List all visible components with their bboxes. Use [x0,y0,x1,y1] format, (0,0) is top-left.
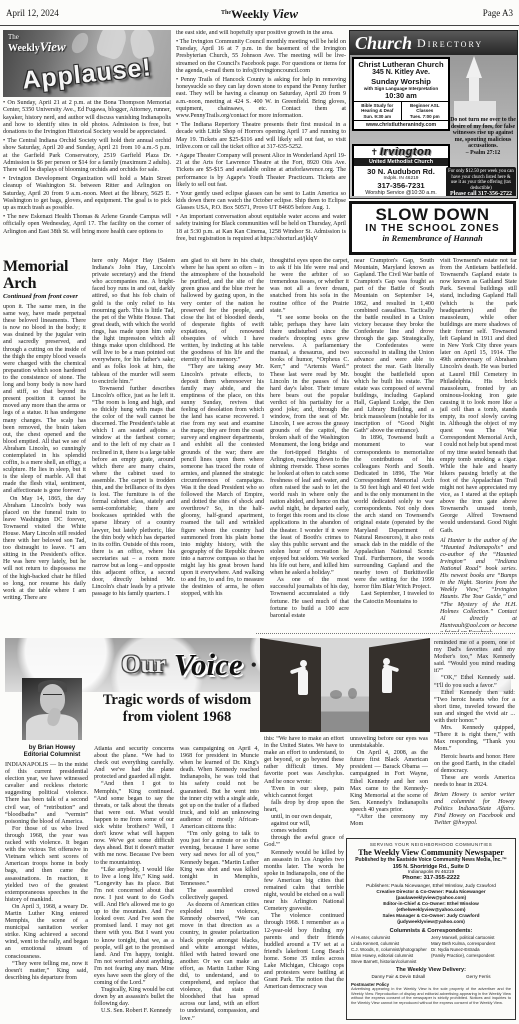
church-website: www.christlutheranindy.com [354,120,448,129]
voice-column: was campaigning on April 4, 1968 for pre… [180,746,259,1020]
author-bio: Brian Howey is senior writer and columni… [434,792,515,827]
masthead-weekly: Weekly [231,7,272,21]
paragraph: The violence continued through 1968. I r… [264,913,344,991]
page-number: Page A3 [483,8,513,18]
irvington-umc-header: ✝ Irvington [354,146,448,158]
policy-text: Advertising appearing in the Weekly View… [351,987,511,1006]
paragraph: • Agape Theater Company will present Ali… [176,153,346,189]
applause-items: • On Sunday, April 21 at 2 p.m. at the B… [3,100,171,257]
paragraph: • Penny Trails of Hancock County is aski… [176,77,346,121]
article-column: here only Major Hay (Salem Indiana's Joh… [92,258,175,632]
paragraph: • On Sunday, April 21 at 2 p.m. at the B… [3,100,171,136]
paragraph: INDIANAPOLIS — In the midst of this curr… [5,762,88,826]
memorial-panel [260,638,321,732]
paragraph: near Crampton's Gap, South Mountain, Mar… [354,258,434,435]
community-items: • The Irvington Community Council monthl… [176,39,346,244]
voice-section: Our Voice • Your Voice by Brian Howey Ed… [0,636,519,1024]
church-directory-subtitle: Directory [417,36,483,51]
paragraph: Last September, I traveled to the Catoct… [354,591,434,605]
footer-tagline: SERVING YOUR NEIGHBORHOOD COMMUNITIES [351,842,511,847]
paragraph: • Your gently used eclipse glasses can b… [176,191,346,213]
columnists-columns: Al Hunter, columnistLinda Kennett, colum… [351,935,511,965]
byline: by Brian Howey Editorial Columnist [2,744,102,759]
paragraph: In 1896, Townsend built a monument to wa… [354,435,434,591]
paragraph: Mrs. Kennedy quipped, “There it is right… [434,725,515,753]
applause-banner-image: The WeeklyView Applause! [3,30,171,97]
community-notes-column: the east side, and will hopefully spur p… [176,30,346,257]
publication-phone: Phone: 317-355-2222 [351,875,511,881]
article-column: near Crampton's Gap, South Mountain, Mar… [354,258,434,632]
paragraph: until, in our own despair, [264,814,344,821]
ad-dedication: in Remembrance of Hannah [352,234,513,243]
church-address: 30 N. Audubon Rd. [354,167,448,176]
paragraph: this: “We have to make an effort in the … [264,736,344,786]
banner-our: Our [121,651,165,679]
author-bio: Al Hunter is the author of the “Haunted … [440,538,517,632]
paragraph: 'Even in our sleep, pain which cannot fo… [264,786,344,800]
staff-list: Creative Director & Co-Owner: Paula Nice… [351,889,511,925]
column-text: visit Townsend's estate not far from the… [440,258,517,535]
paragraph: On April 4, 2008, as the future first Bl… [350,750,428,814]
columnists-right: Jerry Mansell, political cartoonistMary … [431,935,511,965]
paragraph: Tragically, King would be cut down by an… [94,987,174,1008]
delivery-name: Danny Fair & Devin Edsall [371,974,425,979]
church-name: Irvington [380,146,432,158]
church-directory-body: Christ Lutheran Church 345 N. Kitley Ave… [350,55,517,196]
paragraph: These are words America needs to hear in… [434,775,515,789]
banner-voice: Voice [174,647,243,683]
slow-down-ad: SLOW DOWN IN THE SCHOOL ZONES in Remembr… [349,201,516,255]
article-column: Memorial Arch Continued from front cover… [3,258,86,632]
worship-label: Sunday Worship [354,77,448,86]
article-column: thoughtful eyes upon the carpet, to ask … [270,258,349,632]
article-column: am glad to sit here in his chair, where … [181,258,264,632]
paragraph: against our will, [264,821,344,828]
paragraph: “Like anybody, I would like to live a lo… [94,867,174,988]
paragraph: Heroic hearts and honor. Here on the goo… [434,754,515,775]
ad-phone: Please call 317-356-2722 [448,192,514,196]
church-directory-title: Church [355,33,412,54]
bullet-separator-icon: • [251,655,257,676]
paragraph: The assembled crowd collectively gasped. [180,888,259,902]
voice-column: Atlanta and security concerns about the … [94,746,174,1020]
paragraph: “I'm only going to talk to you just for … [180,831,259,888]
applauding-hand-graphic [68,30,91,56]
cross-icon: ✝ [370,147,378,158]
paragraph: Townsend further describes Lincoln's off… [92,386,175,599]
article-headline: Memorial Arch [3,258,86,292]
figure-silhouette [382,667,392,693]
byline-role: Editorial Columnist [2,751,102,758]
paragraph: upon it. The same men, in the same way, … [3,304,86,496]
delivery-title: The Weekly View Delivery: [351,967,511,973]
paragraph: • The Central Indiana Orchid Society wil… [3,138,171,174]
paragraph: • Irvington Development Organization wil… [3,176,171,212]
paragraph: the east side, and will hopefully spur p… [176,30,346,37]
delivery-name: Gerry Ferris [466,974,491,979]
paragraph: reminded me of a poem, one of my Dad's f… [434,640,515,675]
glasses-detail [43,694,62,699]
schedule-title: Bible Study for Hearing & Deaf [355,103,400,114]
paragraph: thoughtful eyes upon the carpet, to ask … [270,258,349,315]
publication-name: The Weekly View Community Newspaper [351,848,511,857]
paragraph: U.S. Sen. Robert F. Kennedy [94,1008,174,1015]
newspaper-page: April 12, 2024 TheWeekly View Page A3 Th… [0,0,519,1024]
voice-column: reminded me of a poem, one of my Dad's f… [434,640,515,836]
paragraph: On May 14, 1865, the day Abraham Lincoln… [3,496,86,602]
weekly-view-logo: The WeeklyView [8,33,66,53]
psalm-verse: Do not turn me over to the desire of my … [450,117,516,157]
paragraph: • The Indiana Repertory Theatre presents… [176,122,346,151]
memorial-arch-article: Memorial Arch Continued from front cover… [3,258,517,632]
paragraph: Kennedy would be killed by an assassin i… [264,850,344,914]
column-text: reminded me of a poem, one of my Dad's f… [434,640,515,789]
paragraph: “They were telling me, now it doesn't ma… [5,961,88,982]
paragraph: • The new Eskenazi Health Thomas & Arlen… [3,214,171,236]
list-item: (Family Practice), correspondent [431,953,511,959]
church-directory: Church Directory Christ Lutheran Church … [349,30,518,199]
paragraph: Ethel Kennedy then said: “Two heroic hea… [434,690,515,725]
paragraph: As one of the most successful journalist… [270,577,349,620]
columnists-left: Al Hunter, columnistLinda Kennett, colum… [351,935,431,965]
schedule-time: Tues. 7:00 pm [403,114,448,119]
figure-silhouette [298,669,308,695]
kennedy-king-memorial-photo [260,638,430,732]
church-denomination: United Methodist Church [354,158,448,166]
paragraph: “I see some books on the table; perhaps … [270,315,349,577]
church-address: 345 N. Kitley Ave. [354,69,448,76]
church-directory-header: Church Directory [350,31,517,55]
worship-time: 10:30 am [354,91,448,100]
columnists-title: Columnists & Correspondents: [351,928,511,934]
paragraph: • The Irvington Community Council monthl… [176,39,346,75]
church-phone: 317-356-7231 [354,181,448,190]
church-steeple-icon [466,56,482,78]
logo-view: View [40,39,66,54]
paragraph: For those of us who lived through 1968, … [5,826,88,904]
paragraph: unraveling before our eyes was unmistaka… [350,736,428,750]
schedule-cell: Beginner ASL ClassesTues. 7:00 pm [402,102,449,120]
christ-lutheran-listing: Christ Lutheran Church 345 N. Kitley Ave… [352,57,450,131]
paragraph: Atlanta and security concerns about the … [94,746,174,781]
page-header: April 12, 2024 TheWeekly View Page A3 [0,0,519,26]
psalm-reference: – Psalm 27:12 [466,150,500,156]
schedule-cell: Bible Study for Hearing & DeafSun. 9:30 … [354,102,402,120]
voice-column: INDIANAPOLIS — In the midst of this curr… [5,762,88,1020]
logo-weekly: Weekly [8,43,40,54]
paragraph: was campaigning on April 4, 1968 for pre… [180,746,259,831]
brian-howey-photo [22,678,82,740]
schedule-time: Sun. 9:30 am [355,114,400,119]
schedule-cells: Bible Study for Hearing & DeafSun. 9:30 … [354,101,448,120]
list-item: Editor-in-Chief & Co-Owner: Ethel Winslo… [351,901,511,913]
column-text: upon it. The same men, in the same way, … [3,304,86,602]
paragraph: through the awful grace of God.'” [264,835,344,849]
masthead-title: TheWeekly View [0,5,519,23]
delivery-names: Danny Fair & Devin Edsall Gerry Ferris [351,974,511,979]
paragraph: here only Major Hay (Salem Indiana's Joh… [92,258,175,386]
tree-detail [348,688,357,699]
voice-column: unraveling before our eyes was unmistaka… [350,736,428,836]
psalm-text: Do not turn me over to the desire of my … [450,117,516,149]
irvington-umc-listing: ✝ Irvington United Methodist Church 30 N… [352,144,450,196]
paragraph: “After the ceremony my Mom [350,814,428,828]
paragraph: “OK,” Ethel Kennedy said. “I'll do you s… [434,675,515,689]
church-listing-ad: For only $12.50 per week you can have yo… [446,167,516,196]
masthead-the: The [221,10,231,16]
list-item: Sales Manager & Co-Owner: Judy Crawford … [351,913,511,925]
masthead-view: View [272,6,298,21]
continued-from-label: Continued from front cover [3,293,86,300]
paragraph: • An important conversation about equita… [176,214,346,243]
article-column: visit Townsend's estate not far from the… [440,258,517,632]
paragraph: falls drop by drop upon the heart, [264,800,344,814]
paragraph: On April 3, 1968, a weary Dr. Martin Lut… [5,904,88,961]
ad-headline: SLOW DOWN [352,207,513,223]
memorial-panel [369,638,430,732]
byline-author: by Brian Howey [2,744,102,751]
ad-text: For only $12.50 per week you can have yo… [448,169,514,191]
publisher-line: Published by the Eastside Voice Communit… [351,857,511,863]
list-item: Creative Director & Co-Owner: Paula Nice… [351,889,511,901]
voice-column: this: “We have to make an effort in the … [264,736,344,1020]
paragraph: visit Townsend's estate not far from the… [440,258,517,535]
paragraph: As dozens of American cities exploded in… [180,902,259,1020]
paragraph: am glad to sit here in his chair, where … [181,258,264,364]
list-item: Steve Barnett, historian/columnist [351,959,431,965]
publication-info-box: SERVING YOUR NEIGHBORHOOD COMMUNITIES Th… [346,838,516,1020]
church-name: Christ Lutheran Church [354,59,448,69]
section-divider [256,633,515,634]
tree-detail [330,690,342,699]
paragraph: “And then I got to Memphis,” King contin… [94,781,174,866]
schedule-title: Beginner ASL Classes [403,103,448,114]
voice-headline: Tragic words of wisdom from violent 1968 [92,692,262,725]
applause-title: Applause! [6,52,168,97]
paragraph: “They are taking away Mr. Lincoln's priv… [181,364,264,598]
